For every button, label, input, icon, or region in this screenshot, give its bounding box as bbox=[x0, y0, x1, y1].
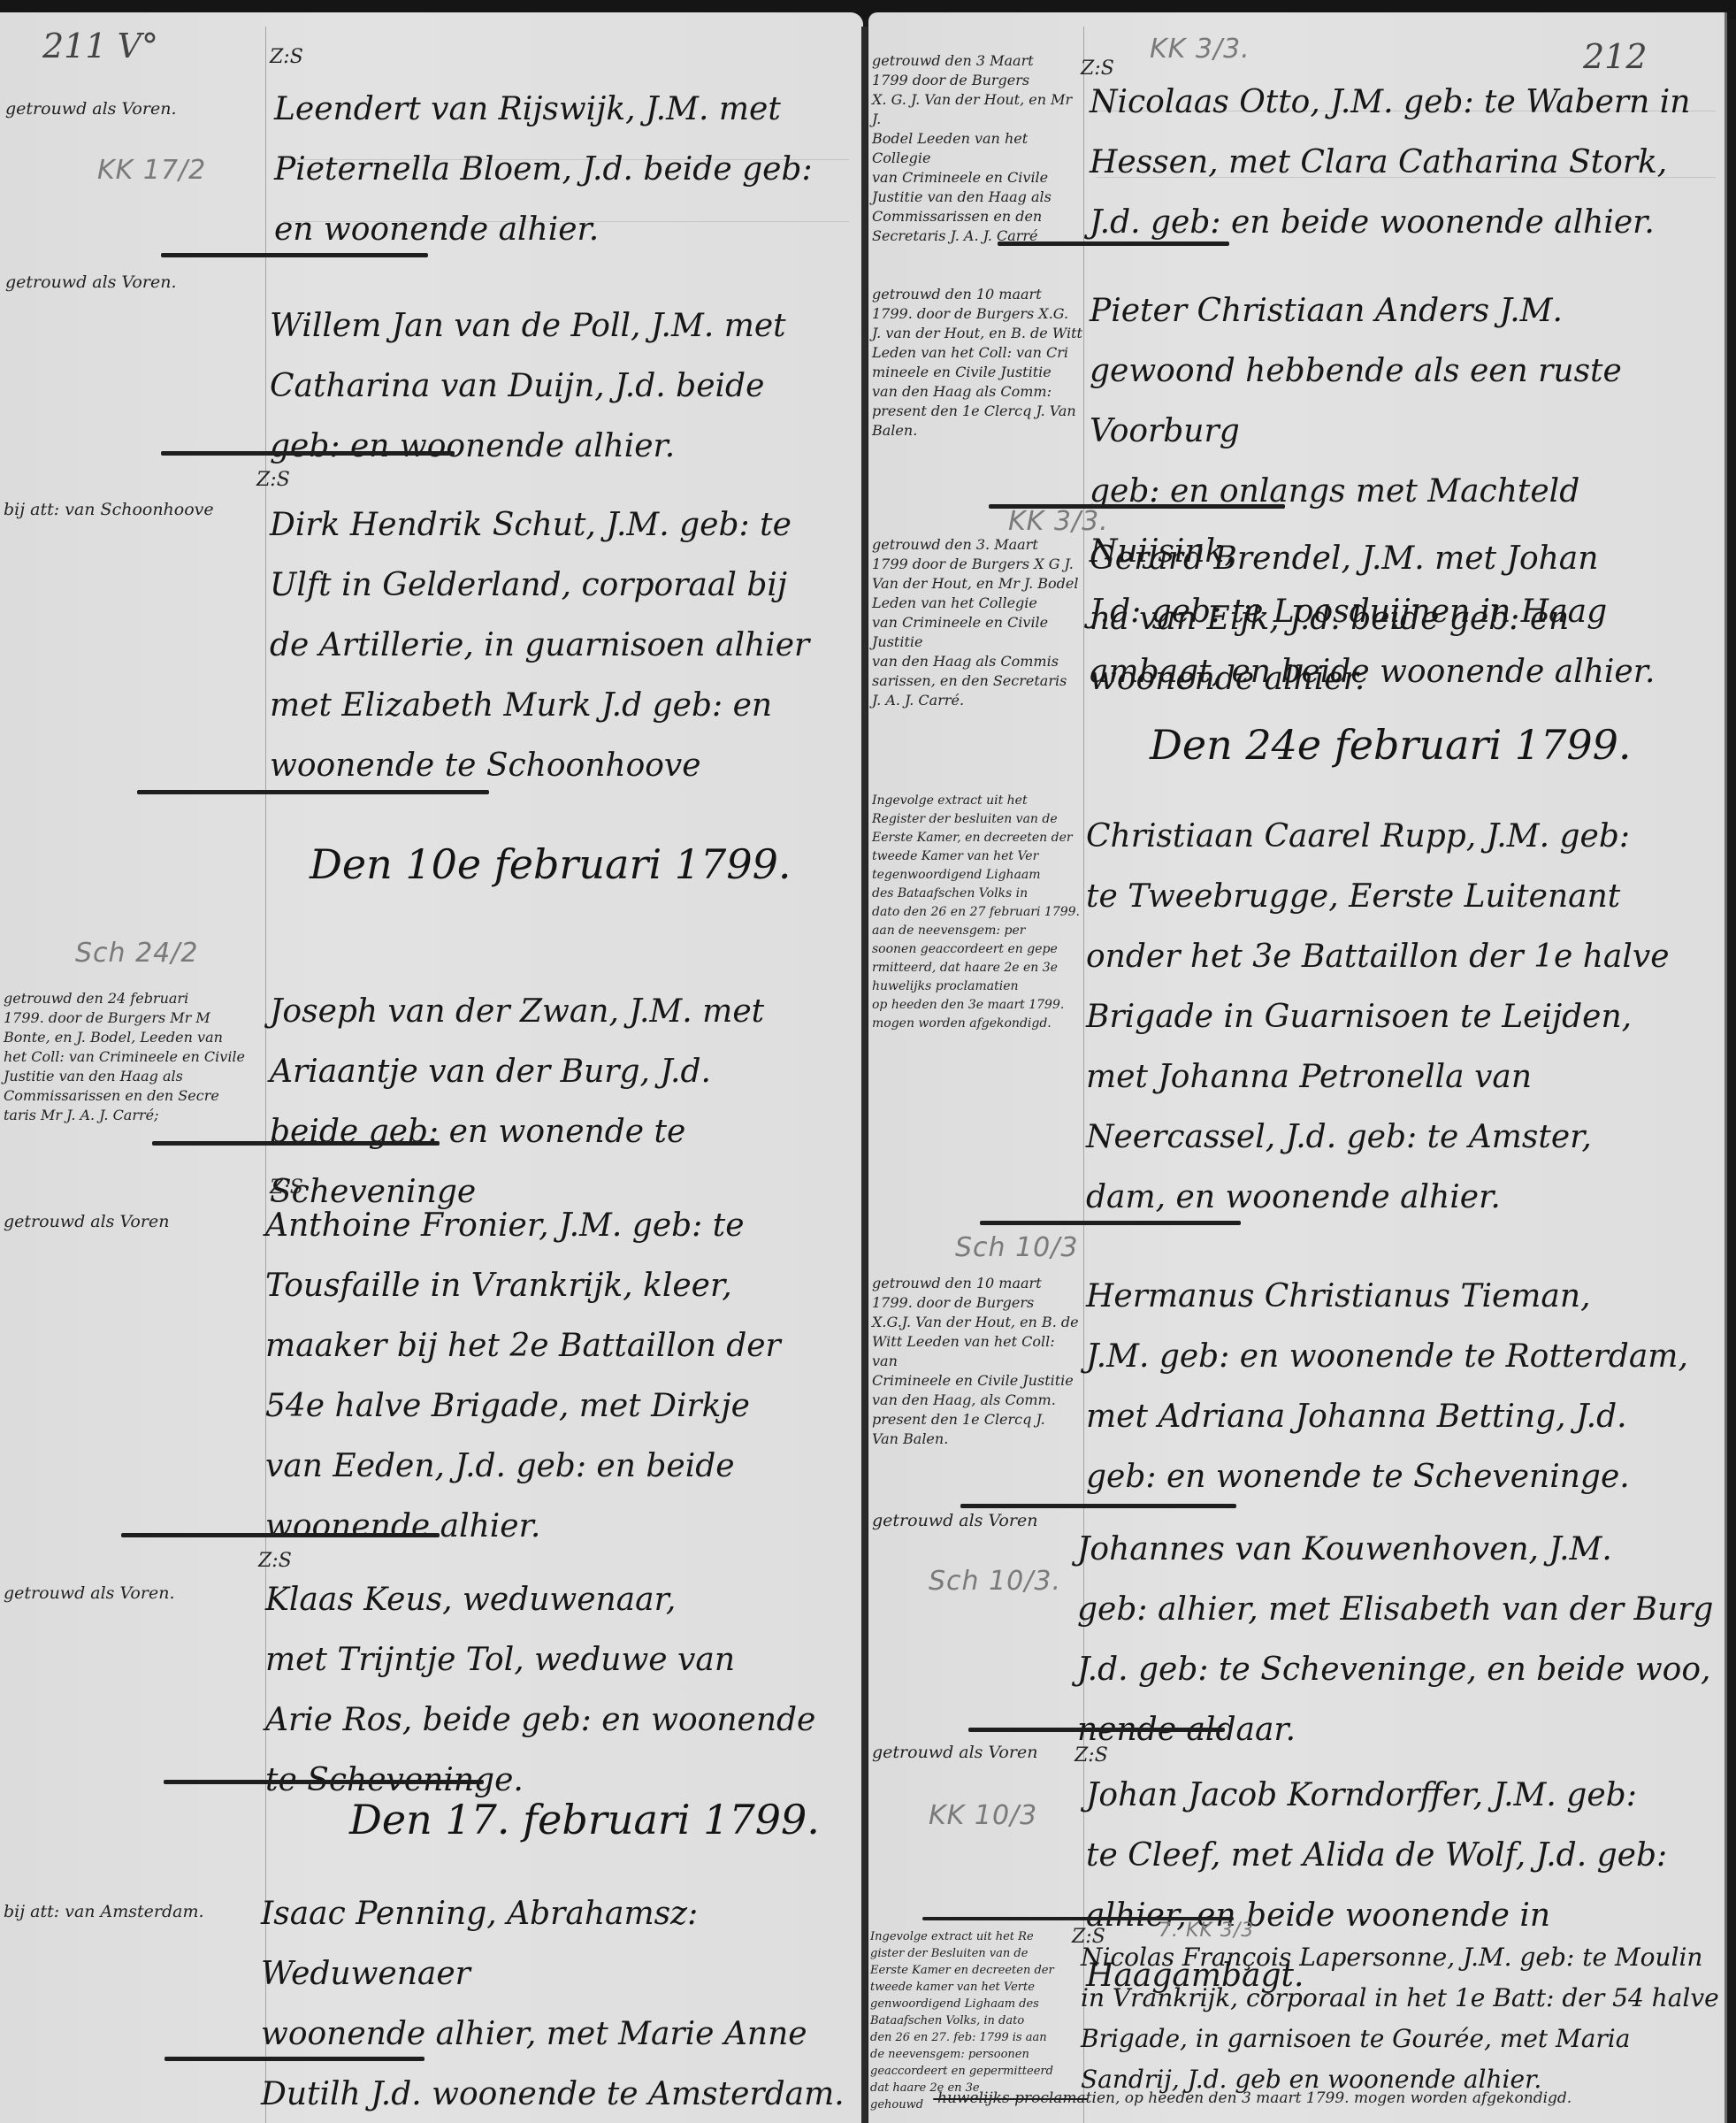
margin-note: getrouwd als Voren. bbox=[5, 272, 253, 292]
book-gutter bbox=[861, 27, 868, 2123]
marriage-entry: Klaas Keus, weduwenaar, met Trijntje Tol… bbox=[265, 1570, 858, 1811]
date-heading-text: Den 17. februari 1799. bbox=[349, 1796, 820, 1843]
marriage-entry: Dirk Hendrik Schut, J.M. geb: te Ulft in… bbox=[270, 495, 862, 796]
pencil-annotation: Sch 24/2 bbox=[75, 938, 198, 969]
entry-separator bbox=[960, 1504, 1236, 1508]
entry-separator bbox=[121, 1533, 440, 1537]
entry-separator bbox=[137, 790, 489, 794]
date-heading: Den 17. februari 1799. bbox=[349, 1796, 820, 1843]
margin-note: bij att: van Amsterdam. bbox=[4, 1902, 260, 1921]
zz-mark: Z:S bbox=[256, 469, 290, 491]
marriage-entry: Christiaan Caarel Rupp, J.M. geb: te Twe… bbox=[1086, 807, 1723, 1228]
margin-note: getrouwd den 3 Maart 1799 door de Burger… bbox=[872, 51, 1082, 246]
entry-separator bbox=[161, 451, 455, 456]
entry-separator bbox=[164, 2057, 424, 2061]
entry-separator bbox=[152, 1141, 440, 1146]
date-heading-text: Den 10e februari 1799. bbox=[310, 840, 791, 888]
entry-separator bbox=[968, 1728, 1225, 1732]
pencil-annotation: KK 3/3. bbox=[1150, 34, 1250, 65]
marriage-entry: Nicolaas Otto, J.M. geb: te Wabern in He… bbox=[1090, 73, 1722, 253]
open-register-book: 211 V° Z:S getrouwd als Voren. KK 17/2 L… bbox=[0, 0, 1736, 2123]
date-heading: Den 24e februari 1799. bbox=[1150, 721, 1631, 769]
marriage-entry: Isaac Penning, Abrahamsz: Weduwenaer woo… bbox=[261, 1884, 862, 2123]
folio-number-left: 211 V° bbox=[42, 27, 158, 65]
margin-note: Ingevolge extract uit het Register der b… bbox=[872, 792, 1084, 1033]
margin-note: Ingevolge extract uit het Re gister der … bbox=[870, 1928, 1082, 2113]
right-margin-line bbox=[1083, 27, 1084, 2123]
entry-separator bbox=[933, 2098, 1088, 2100]
marriage-entry: Hermanus Christianus Tieman, J.M. geb: e… bbox=[1086, 1267, 1723, 1507]
margin-note: getrouwd den 10 maart 1799. door de Burg… bbox=[872, 1274, 1084, 1449]
margin-note: getrouwd den 24 februari 1799. door de B… bbox=[4, 989, 260, 1125]
marriage-entry: Nicolas François Lapersonne, J.M. geb: t… bbox=[1081, 1937, 1726, 2100]
margin-note: bij att: van Schoonhoove bbox=[4, 500, 260, 519]
entry-separator bbox=[161, 253, 428, 257]
margin-note: getrouwd als Voren. bbox=[5, 99, 253, 119]
zz-mark: Z:S bbox=[258, 1550, 292, 1572]
marriage-entry: Willem Jan van de Poll, J.M. met Cathari… bbox=[270, 296, 853, 477]
entry-separator bbox=[980, 1221, 1241, 1225]
date-heading: Den 10e februari 1799. bbox=[310, 840, 791, 888]
date-heading-text: Den 24e februari 1799. bbox=[1150, 721, 1631, 769]
margin-note: getrouwd als Voren bbox=[872, 1743, 1082, 1762]
marriage-entry: Leendert van Rijswijk, J.M. met Pieterne… bbox=[274, 80, 858, 260]
marriage-entry: Anthoine Fronier, J.M. geb: te Tousfaill… bbox=[265, 1196, 858, 1557]
margin-note: getrouwd als Voren bbox=[872, 1511, 1082, 1530]
pencil-annotation: Sch 10/3 bbox=[955, 1232, 1078, 1263]
marriage-entry: Joseph van der Zwan, J.M. met Ariaantje … bbox=[270, 982, 862, 1222]
margin-note: getrouwd als Voren. bbox=[4, 1583, 260, 1603]
folio-number-right: 212 bbox=[1583, 37, 1648, 76]
entry-separator bbox=[998, 241, 1229, 246]
marriage-entry: Johannes van Kouwenhoven, J.M. geb: alhi… bbox=[1077, 1520, 1723, 1760]
pencil-annotation: KK 10/3 bbox=[929, 1800, 1037, 1831]
margin-note: getrouwd den 10 maart 1799. door de Burg… bbox=[872, 285, 1082, 441]
pencil-annotation: KK 17/2 bbox=[97, 155, 206, 186]
margin-note: getrouwd den 3. Maart 1799 door de Burge… bbox=[872, 535, 1082, 710]
marriage-entry: Gerard Brendel, J.M. met Johan na van Ei… bbox=[1090, 529, 1722, 709]
zz-mark: Z:S bbox=[270, 46, 303, 68]
pencil-annotation: Sch 10/3. bbox=[929, 1566, 1061, 1597]
entry-separator bbox=[164, 1780, 484, 1784]
margin-note: getrouwd als Voren bbox=[4, 1212, 260, 1231]
